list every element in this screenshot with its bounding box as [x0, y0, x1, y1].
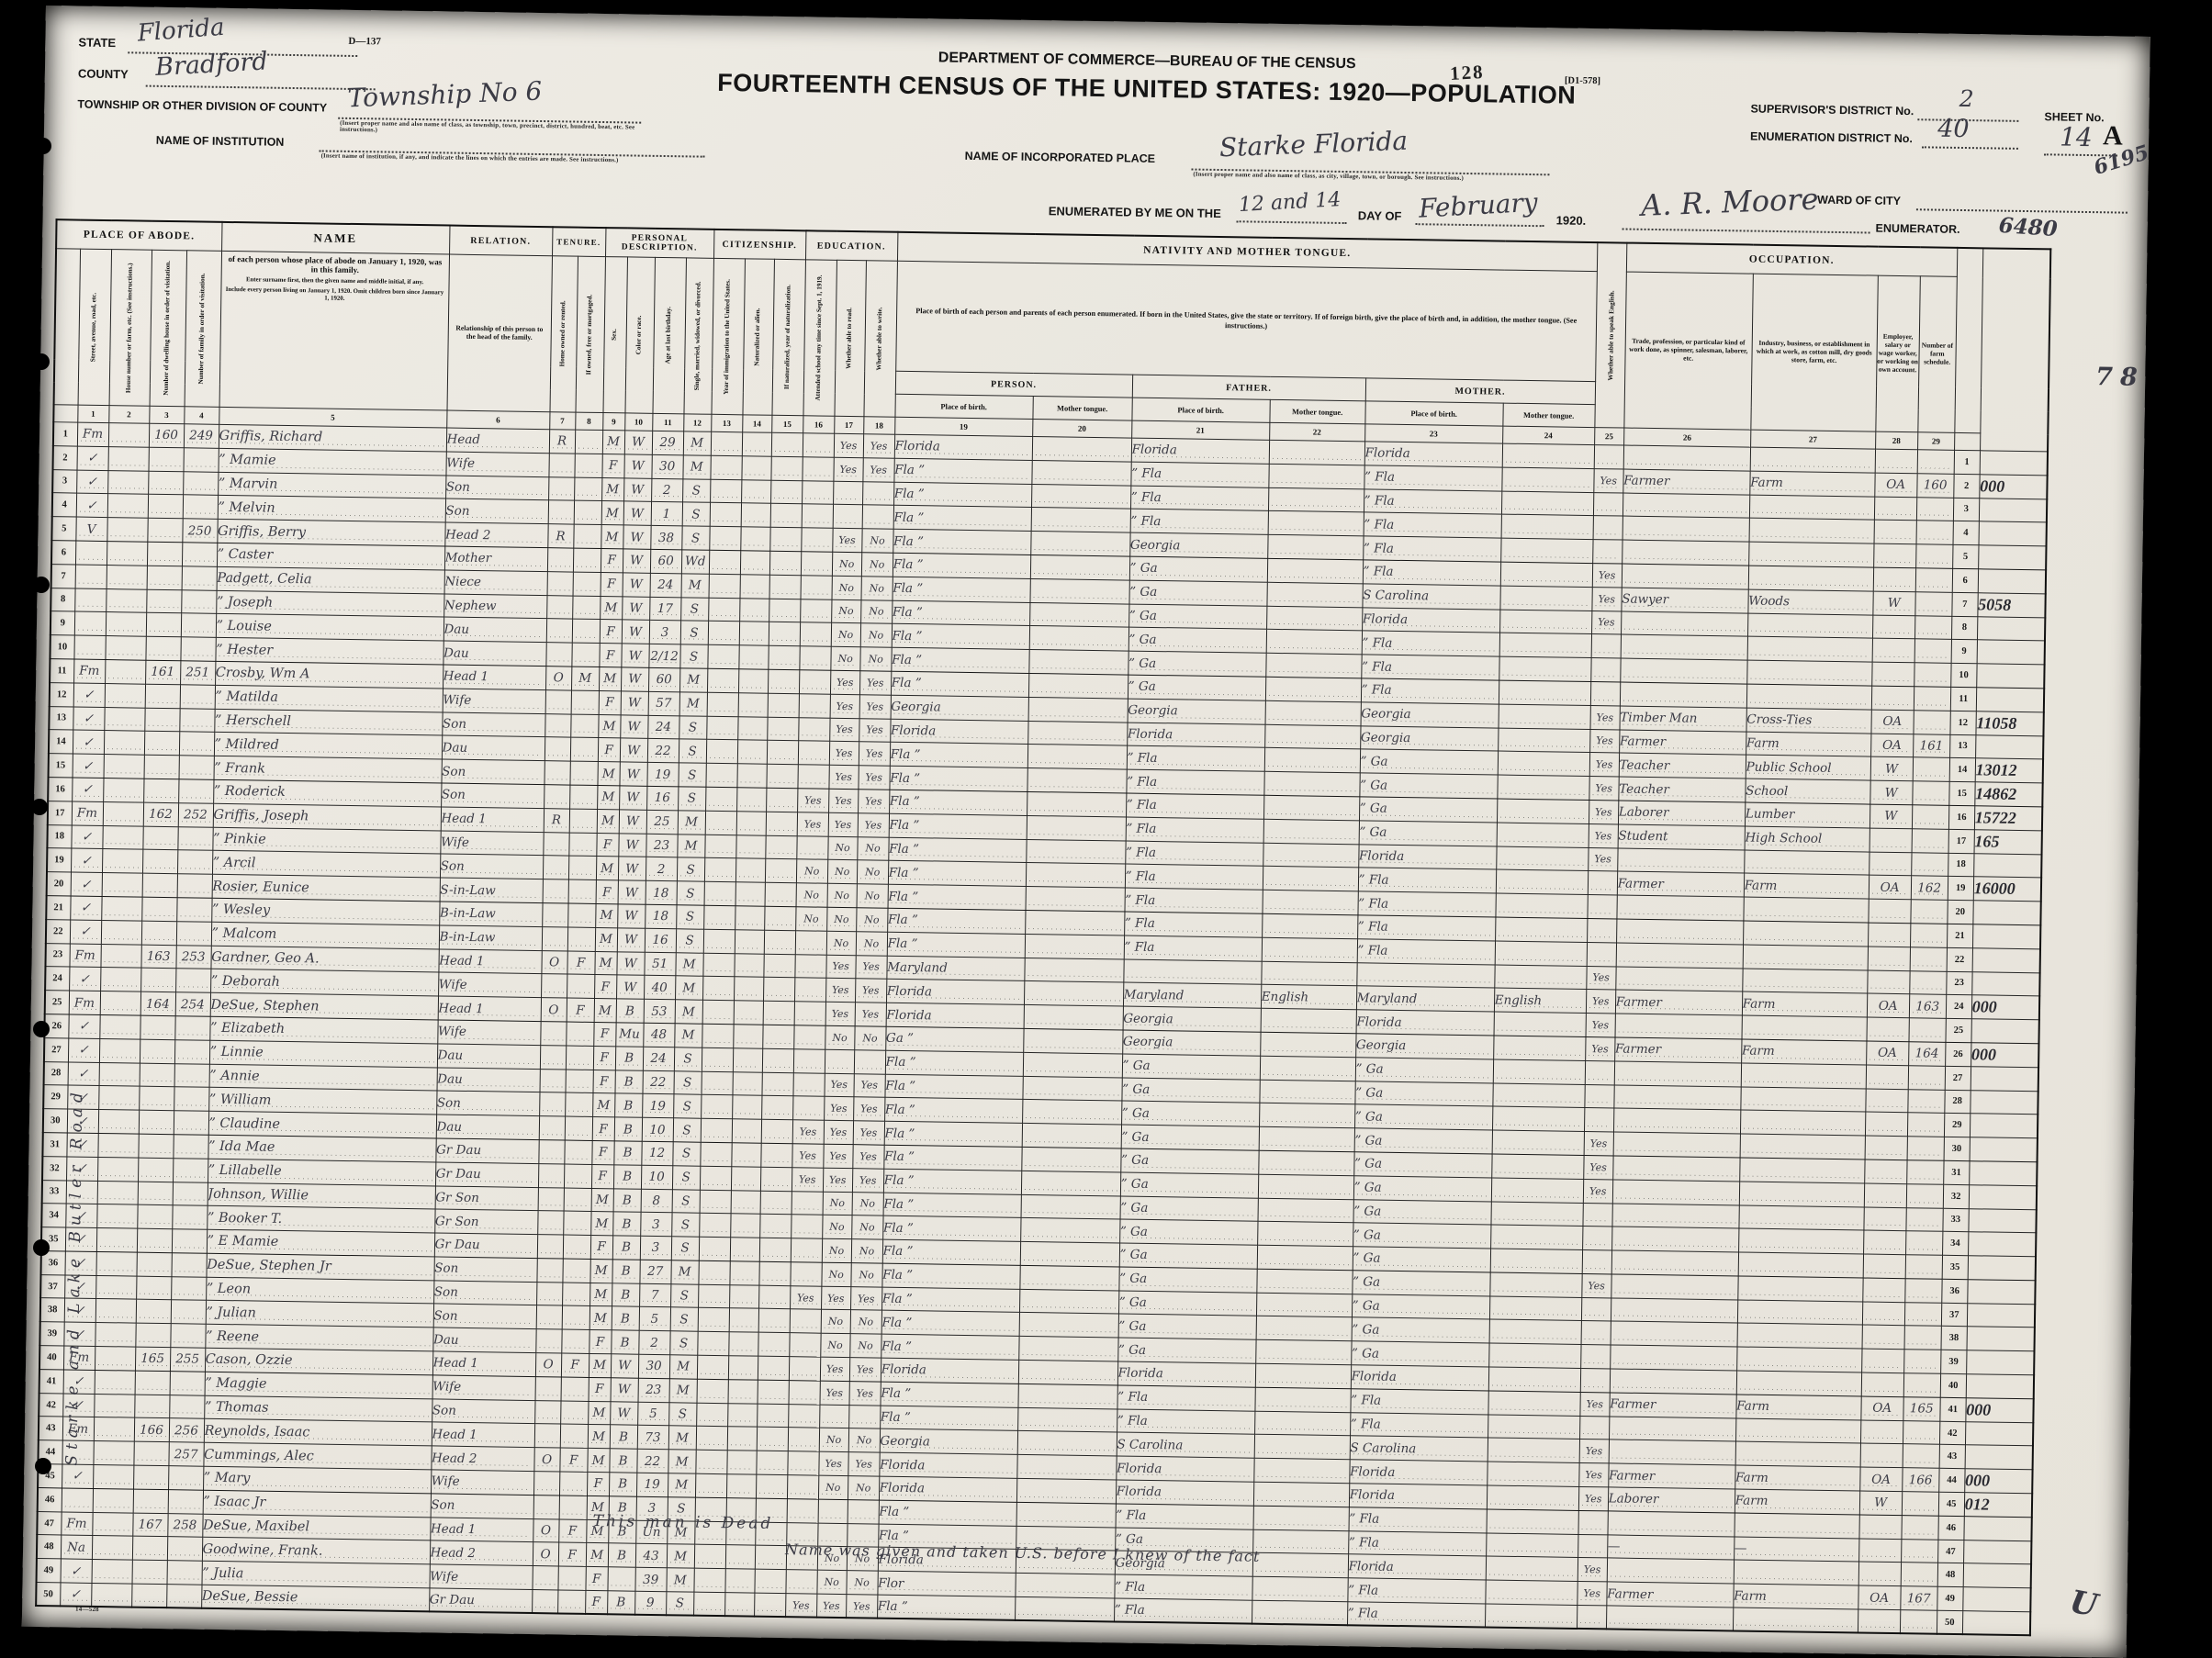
cell-father-birthplace: Georgia	[1129, 532, 1267, 558]
cell-naturalization-year	[760, 1143, 792, 1167]
cell-home-owned	[547, 571, 573, 595]
cell-able-to-write: Yes	[859, 671, 891, 695]
cell-dwelling-number	[132, 1560, 167, 1584]
cell-immigration-year	[707, 692, 738, 716]
cell-naturalized	[728, 1380, 758, 1404]
cell-naturalization-year	[767, 764, 798, 788]
cell-home-owned	[535, 1376, 561, 1400]
cell-father-birthplace: ” Ga	[1120, 1195, 1258, 1221]
column-naturalized: Naturalized or alien.	[743, 259, 775, 415]
cell-farm-schedule: 162	[1911, 876, 1948, 900]
cell-able-to-read: Yes	[825, 1002, 855, 1025]
column-able-to-read: Whether able to read.	[835, 260, 867, 416]
cell-dwelling-number	[141, 897, 176, 921]
cell-relation: B-in-Law	[439, 925, 542, 950]
cell-father-birthplace: ” Fla	[1114, 1598, 1252, 1624]
cell-mother-birthplace: ” Ga	[1353, 1199, 1491, 1225]
cell-sex: M	[595, 903, 617, 927]
cell-mother-birthplace: ” Fla	[1357, 915, 1495, 941]
cell-dwelling-number: 164	[140, 991, 175, 1015]
cell-relation: Dau	[444, 617, 546, 642]
cell-street-mark	[73, 635, 105, 659]
line-number-right: 44	[1938, 1469, 1964, 1493]
cell-person-tongue	[1017, 1431, 1117, 1456]
punch-hole	[33, 1021, 50, 1037]
cell-naturalization-year	[763, 954, 794, 978]
cell-attended-school	[803, 433, 834, 457]
cell-family-number	[175, 969, 210, 992]
cell-name: ” Malcom	[211, 922, 439, 948]
cell-person-tongue	[1019, 1289, 1118, 1314]
cell-immigration-year	[696, 1427, 727, 1451]
margin-stamp: 000	[1971, 1043, 2038, 1068]
cell-father-birthplace: Florida	[1127, 723, 1264, 748]
cell-able-to-write: No	[854, 1026, 885, 1050]
cell-street-mark: ✓	[76, 470, 107, 494]
cell-sex: F	[593, 1046, 615, 1070]
column-number: 15	[771, 415, 803, 433]
cell-farm-schedule: 163	[1909, 994, 1946, 1018]
ward-line	[1916, 207, 2128, 213]
margin-stamp	[1980, 451, 2048, 476]
line-number-right: 40	[1940, 1373, 1966, 1397]
cell-attended-school	[793, 1072, 825, 1096]
cell-mother-tongue	[1490, 1249, 1582, 1273]
cell-street-mark: ✓	[61, 1559, 92, 1583]
line-number-left: 3	[52, 469, 76, 493]
cell-house-number	[92, 1536, 132, 1560]
margin-stamp: 13012	[1975, 758, 2043, 783]
cell-farm-schedule	[1912, 781, 1948, 805]
cell-sex: M	[586, 1519, 608, 1543]
cell-worker-class: W	[1859, 1491, 1902, 1515]
cell-naturalization-year	[770, 504, 802, 528]
cell-father-birthplace: ” Fla	[1130, 509, 1268, 534]
margin-stamp	[1967, 1327, 2035, 1351]
cell-person-birthplace: Fla ”	[885, 1074, 1023, 1100]
cell-mother-birthplace: ” Fla	[1358, 868, 1496, 893]
cell-naturalized	[732, 1119, 761, 1143]
cell-speaks-english	[1593, 492, 1623, 516]
cell-worker-class	[1872, 638, 1914, 662]
cell-house-number	[104, 707, 144, 731]
cell-attended-school	[794, 954, 825, 978]
cell-industry: Farm	[1742, 991, 1867, 1017]
cell-naturalization-year	[768, 645, 799, 669]
cell-mother-tongue	[1491, 1201, 1583, 1226]
cell-house-number	[108, 423, 149, 447]
cell-home-owned: R	[544, 808, 569, 832]
cell-industry	[1737, 1300, 1862, 1326]
cell-father-tongue	[1264, 724, 1360, 749]
cell-person-birthplace: Fla ”	[881, 1334, 1018, 1360]
cell-street-mark	[75, 541, 107, 565]
cell-marital-status: S	[679, 715, 706, 739]
cell-house-number	[92, 1512, 132, 1536]
cell-family-number	[176, 921, 211, 945]
cell-attended-school: Yes	[792, 1167, 823, 1191]
cell-speaks-english: Yes	[1586, 990, 1615, 1014]
line-number-left: 14	[49, 730, 73, 754]
cell-industry: Farm	[1746, 732, 1870, 757]
cell-farm-schedule	[1910, 924, 1947, 947]
cell-naturalized	[729, 1308, 758, 1332]
cell-name: DeSue, Stephen	[210, 992, 438, 1019]
cell-mother-tongue	[1485, 1604, 1577, 1629]
cell-person-birthplace: Fla ”	[893, 506, 1031, 532]
cell-naturalization-year	[767, 741, 798, 765]
punch-hole	[33, 1239, 50, 1256]
cell-person-tongue	[1027, 745, 1127, 769]
cell-able-to-read: No	[830, 646, 859, 670]
cell-able-to-write: No	[859, 647, 891, 671]
cell-person-tongue	[1016, 1455, 1116, 1480]
margin-stamp	[1971, 1019, 2039, 1044]
cell-naturalized	[742, 432, 771, 456]
cell-able-to-read: Yes	[833, 457, 862, 481]
enumerated-month-line	[1416, 222, 1544, 227]
cell-person-birthplace: Fla ”	[893, 458, 1031, 484]
cell-relation: Son	[445, 499, 548, 523]
cell-speaks-english	[1590, 682, 1620, 706]
cell-dwelling-number	[139, 1086, 174, 1110]
group-relation: RELATION.	[449, 226, 552, 256]
line-number-left: 23	[45, 943, 69, 967]
cell-person-birthplace: Maryland	[886, 956, 1024, 981]
cell-immigration-year	[706, 763, 737, 787]
cell-marital-status: S	[672, 1142, 700, 1166]
cell-able-to-read: No	[817, 1547, 847, 1571]
cell-father-tongue	[1268, 511, 1364, 536]
cell-person-tongue	[1024, 1005, 1123, 1030]
cell-age: 73	[637, 1426, 668, 1450]
cell-attended-school	[801, 528, 832, 552]
cell-person-tongue	[1027, 721, 1127, 745]
column-employer-class: Employer, salary or wage worker, or work…	[1875, 275, 1920, 432]
cell-family-number	[174, 1039, 209, 1063]
cell-industry	[1748, 566, 1873, 591]
cell-name: ” Maggie	[205, 1372, 432, 1398]
cell-sex: M	[589, 1283, 612, 1306]
cell-family-number	[179, 732, 214, 756]
cell-industry	[1734, 1560, 1858, 1585]
cell-industry	[1736, 1371, 1861, 1396]
cell-age: 19	[636, 1473, 668, 1496]
cell-occupation	[1617, 895, 1744, 921]
cell-street-mark: Fm	[73, 659, 105, 683]
cell-free-mortgaged: F	[567, 998, 594, 1022]
subgroup-father: FATHER.	[1132, 375, 1365, 401]
cell-immigration-year	[694, 1545, 725, 1569]
cell-marital-status: S	[677, 881, 704, 905]
cell-industry: Farm	[1735, 1465, 1859, 1491]
cell-marital-status: S	[671, 1237, 699, 1260]
cell-name: Cason, Ozzie	[205, 1348, 432, 1374]
cell-color-race: B	[613, 1188, 641, 1212]
cell-farm-schedule	[1903, 1350, 1940, 1373]
cell-marital-status: M	[679, 692, 707, 716]
cell-mother-tongue	[1498, 751, 1589, 776]
line-number-right: 14	[1949, 758, 1975, 782]
line-number-left: 30	[43, 1109, 67, 1133]
line-number-left: 40	[39, 1346, 63, 1370]
cell-naturalization-year	[756, 1498, 787, 1522]
cell-attended-school: Yes	[790, 1285, 821, 1309]
cell-able-to-write: Yes	[854, 1073, 885, 1097]
column-number: 16	[803, 416, 834, 434]
cell-attended-school	[792, 1191, 823, 1215]
cell-relation: Nephew	[444, 594, 546, 619]
cell-sex: M	[601, 525, 623, 549]
cell-father-tongue	[1265, 700, 1361, 725]
column-relation-description: Relationship of this person to the head …	[447, 254, 553, 412]
cell-person-tongue	[1030, 555, 1129, 579]
cell-relation: Wife	[440, 831, 543, 856]
cell-mother-tongue	[1489, 1319, 1581, 1344]
cell-age: 27	[639, 1260, 670, 1283]
cell-worker-class: OA	[1861, 1396, 1903, 1420]
cell-marital-status: S	[670, 1307, 698, 1331]
cell-industry: Lumber	[1745, 802, 1870, 828]
cell-sex: F	[585, 1590, 607, 1614]
cell-mother-tongue	[1498, 728, 1589, 753]
cell-able-to-read: No	[832, 552, 861, 576]
cell-worker-class	[1867, 970, 1909, 994]
cell-attended-school: Yes	[797, 789, 828, 812]
cell-industry	[1733, 1608, 1858, 1633]
cell-industry	[1741, 1063, 1866, 1089]
cell-marital-status: S	[666, 1592, 693, 1616]
cell-free-mortgaged	[561, 1377, 589, 1401]
cell-name: Crosby, Wm A	[215, 661, 443, 688]
cell-farm-schedule	[1906, 1183, 1943, 1207]
cell-occupation	[1615, 1014, 1742, 1039]
cell-street-mark: ✓	[73, 754, 104, 778]
cell-father-birthplace: S Carolina	[1117, 1432, 1254, 1458]
cell-home-owned	[543, 832, 568, 856]
cell-street-mark: ✓	[65, 1227, 96, 1251]
cell-father-tongue	[1259, 1080, 1354, 1104]
cell-naturalized	[730, 1238, 759, 1261]
cell-father-birthplace: ” Ga	[1118, 1314, 1256, 1339]
cell-attended-school	[791, 1215, 822, 1238]
column-number: 13	[711, 414, 742, 432]
cell-immigration-year	[702, 1024, 733, 1047]
cell-speaks-english: Yes	[1586, 1014, 1615, 1037]
cell-father-tongue	[1255, 1339, 1351, 1364]
line-number-right: 15	[1948, 781, 1974, 805]
cell-father-tongue	[1254, 1411, 1350, 1436]
cell-street-mark: ✓	[68, 1014, 99, 1038]
cell-able-to-write: No	[851, 1215, 882, 1239]
cell-family-number	[172, 1205, 207, 1229]
cell-color-race: Mu	[615, 1023, 643, 1047]
cell-person-birthplace: Fla ”	[891, 671, 1028, 697]
cell-mother-tongue	[1497, 823, 1589, 847]
cell-naturalized	[733, 1047, 762, 1071]
column-number: 20	[1032, 419, 1131, 438]
cell-person-birthplace: Florida	[886, 1003, 1024, 1028]
cell-name: Cummings, Alec	[203, 1442, 431, 1469]
cell-marital-status: M	[682, 455, 710, 479]
cell-home-owned	[548, 476, 574, 500]
cell-person-tongue	[1027, 791, 1126, 816]
cell-person-tongue	[1029, 602, 1128, 627]
cell-dwelling-number	[141, 921, 176, 945]
cell-mother-birthplace: ” Fla	[1351, 1389, 1488, 1415]
cell-able-to-read: Yes	[821, 1286, 850, 1310]
cell-farm-schedule	[1900, 1610, 1937, 1634]
cell-able-to-read: Yes	[818, 1451, 848, 1475]
cell-age: 2	[651, 478, 682, 502]
cell-mother-tongue	[1492, 1130, 1584, 1155]
cell-father-tongue	[1257, 1245, 1353, 1270]
cell-relation: Head 2	[431, 1446, 533, 1471]
cell-mother-birthplace: Georgia	[1355, 1034, 1493, 1059]
cell-occupation	[1621, 634, 1747, 660]
cell-name: Griffis, Richard	[219, 424, 446, 451]
cell-speaks-english: Yes	[1589, 729, 1619, 753]
cell-mother-tongue	[1496, 869, 1588, 894]
cell-attended-school: No	[795, 907, 826, 931]
cell-able-to-write	[848, 1405, 880, 1428]
cell-industry: Farm	[1735, 1489, 1859, 1515]
cell-farm-schedule	[1902, 1516, 1938, 1540]
cell-name: Reynolds, Isaac	[204, 1419, 432, 1446]
cell-person-tongue	[1031, 460, 1130, 485]
cell-sex: M	[591, 1188, 613, 1212]
cell-person-tongue	[1022, 1100, 1121, 1125]
cell-occupation: Timber Man	[1620, 706, 1746, 732]
cell-marital-status: S	[680, 597, 708, 621]
cell-sex: M	[588, 1425, 610, 1449]
cell-naturalized	[735, 858, 765, 882]
cell-marital-status: M	[674, 1024, 702, 1047]
cell-color-race: W	[622, 596, 649, 620]
cell-house-number	[103, 801, 143, 825]
cell-occupation: Student	[1618, 824, 1745, 850]
cell-worker-class: OA	[1871, 710, 1914, 734]
cell-name: ” Deborah	[210, 969, 438, 996]
cell-relation: Mother	[444, 546, 547, 571]
cell-family-number: 256	[169, 1418, 204, 1442]
cell-person-birthplace: Fla ”	[891, 647, 1028, 673]
cell-house-number	[96, 1204, 137, 1228]
cell-relation: Dau	[432, 1328, 535, 1352]
line-number-right: 32	[1943, 1184, 1969, 1208]
cell-farm-schedule	[1915, 544, 1952, 568]
cell-family-number	[171, 1276, 206, 1300]
cell-naturalized	[725, 1521, 755, 1545]
cell-naturalization-year	[755, 1546, 786, 1570]
cell-family-number	[180, 637, 215, 661]
cell-free-mortgaged	[567, 903, 595, 927]
cell-sex: M	[599, 667, 621, 690]
cell-person-tongue	[1020, 1241, 1119, 1266]
cell-home-owned	[542, 903, 567, 927]
cell-occupation	[1609, 1440, 1735, 1465]
cell-able-to-read: Yes	[828, 812, 858, 836]
cell-able-to-write: Yes	[849, 1382, 881, 1406]
cell-relation: Dau	[442, 735, 545, 760]
cell-naturalization-year	[760, 1191, 792, 1215]
cell-sex: F	[596, 880, 618, 904]
cell-home-owned: O	[541, 998, 567, 1022]
cell-father-tongue	[1263, 819, 1359, 844]
cell-naturalized	[741, 456, 770, 480]
census-sheet: STATE Florida D—137 COUNTY Bradford TOWN…	[22, 6, 2150, 1639]
line-number-right: 5	[1952, 545, 1978, 569]
cell-mother-birthplace: ” Fla	[1364, 465, 1501, 491]
cell-home-owned	[535, 1329, 561, 1353]
cell-industry: Farm	[1733, 1584, 1858, 1609]
cell-color-race: W	[623, 501, 651, 525]
cell-mother-birthplace: S Carolina	[1363, 584, 1500, 610]
cell-color-race: B	[612, 1306, 639, 1330]
cell-immigration-year	[704, 881, 735, 905]
cell-speaks-english: Yes	[1583, 1155, 1612, 1179]
column-age: Age at last birthday.	[653, 257, 687, 413]
cell-house-number	[101, 920, 141, 944]
cell-father-tongue	[1252, 1529, 1348, 1554]
cell-father-tongue	[1267, 582, 1363, 607]
cell-person-tongue	[1025, 910, 1124, 935]
cell-father-birthplace: ” Ga	[1122, 1054, 1260, 1080]
cell-relation: Wife	[438, 972, 541, 997]
cell-immigration-year	[705, 787, 736, 811]
cell-able-to-write: Yes	[862, 458, 893, 482]
cell-immigration-year	[699, 1213, 730, 1237]
cell-able-to-write: Yes	[859, 742, 890, 766]
father-mother-tongue-header: Mother tongue.	[1269, 399, 1364, 424]
cell-family-number	[174, 1111, 208, 1135]
cell-marital-status: M	[668, 1426, 696, 1450]
cell-person-tongue	[1028, 673, 1128, 698]
enumeration-district-value: 40	[1937, 115, 1970, 144]
cell-home-owned	[536, 1282, 562, 1305]
cell-sex: M	[597, 785, 619, 809]
cell-name: Griffis, Berry	[217, 520, 444, 546]
cell-farm-schedule	[1908, 1065, 1945, 1089]
cell-name: ” Arcil	[212, 851, 440, 878]
cell-worker-class: W	[1870, 804, 1912, 828]
cell-name: ” E Mamie	[207, 1229, 434, 1256]
cell-industry: Farm	[1744, 873, 1869, 899]
column-able-to-write: Whether able to write.	[864, 261, 898, 417]
cell-street-mark: ✓	[73, 707, 104, 731]
cell-street-mark: ✓	[60, 1583, 91, 1607]
cell-color-race: B	[616, 999, 644, 1023]
line-number-left: 20	[47, 872, 71, 896]
cell-able-to-write: Yes	[859, 718, 890, 742]
cell-color-race: W	[620, 714, 647, 738]
margin-stamp	[1970, 1137, 2038, 1162]
cell-immigration-year	[710, 503, 741, 527]
cell-street-mark: ✓	[64, 1298, 95, 1322]
cell-color-race: W	[622, 620, 649, 644]
cell-relation: Gr Son	[434, 1209, 537, 1234]
cell-mother-tongue	[1495, 917, 1587, 942]
cell-occupation: Laborer	[1608, 1487, 1735, 1513]
cell-street-mark: ✓	[68, 1038, 99, 1062]
township-value: Township No 6	[347, 75, 543, 113]
cell-marital-status: S	[674, 1047, 702, 1070]
cell-family-number	[169, 1395, 204, 1418]
cell-sex: F	[591, 1140, 613, 1164]
cell-able-to-write: No	[852, 1192, 883, 1215]
cell-age: 25	[646, 810, 678, 834]
cell-dwelling-number	[136, 1276, 171, 1300]
